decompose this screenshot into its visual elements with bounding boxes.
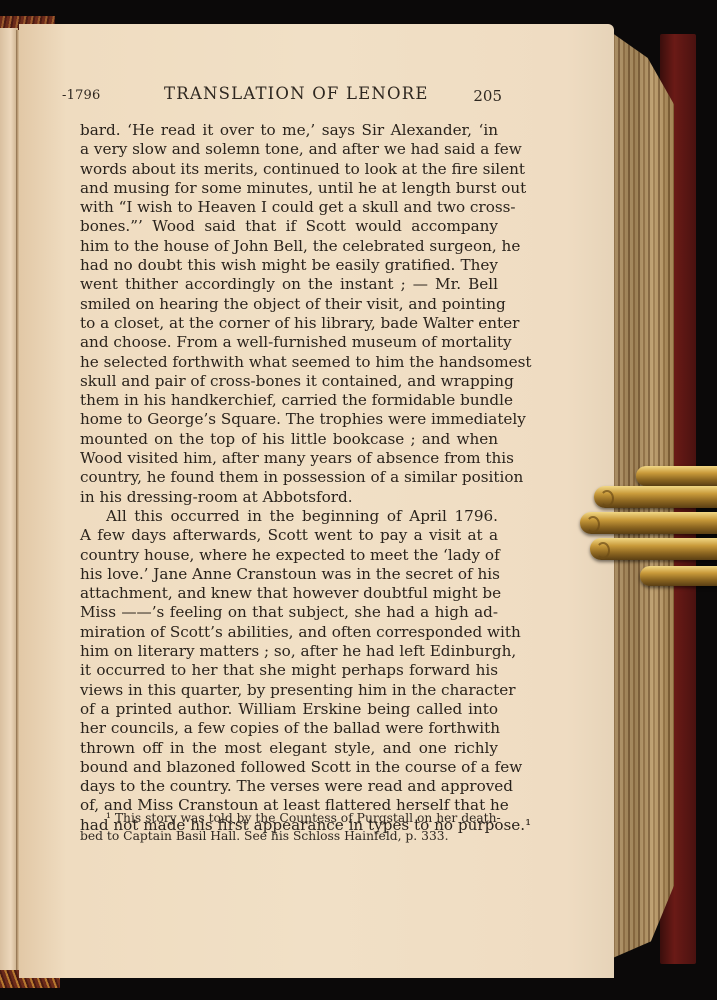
text-line: A few days afterwards, Scott went to pay… bbox=[80, 526, 498, 545]
text-line: Wood visited him, after many years of ab… bbox=[80, 449, 498, 468]
text-line: he selected forthwith what seemed to him… bbox=[80, 353, 498, 372]
text-line: him to the house of John Bell, the celeb… bbox=[80, 237, 498, 256]
text-line: bound and blazoned followed Scott in the… bbox=[80, 758, 498, 777]
text-line: thrown off in the most elegant style, an… bbox=[80, 739, 498, 758]
book-photo: -1796 TRANSLATION OF LENORE 205 bard. ‘H… bbox=[0, 0, 717, 1000]
brass-hand-clip bbox=[576, 462, 717, 598]
running-head-title: TRANSLATION OF LENORE bbox=[164, 84, 429, 103]
text-line: a very slow and solemn tone, and after w… bbox=[80, 140, 498, 159]
text-line: home to George’s Square. The trophies we… bbox=[80, 410, 498, 429]
text-line: bones.”’ Wood said that if Scott would a… bbox=[80, 217, 498, 236]
text-line: had no doubt this wish might be easily g… bbox=[80, 256, 498, 275]
footnote: ¹ This story was told by the Countess of… bbox=[80, 810, 498, 845]
text-line: and choose. From a well-furnished museum… bbox=[80, 333, 498, 352]
text-line: bard. ‘He read it over to me,’ says Sir … bbox=[80, 121, 498, 140]
text-line: them in his handkerchief, carried the fo… bbox=[80, 391, 498, 410]
text-line: him on literary matters ; so, after he h… bbox=[80, 642, 498, 661]
text-line: country house, where he expected to meet… bbox=[80, 546, 498, 565]
text-line: of a printed author. William Erskine bei… bbox=[80, 700, 498, 719]
running-head: -1796 TRANSLATION OF LENORE 205 bbox=[62, 84, 502, 106]
footnote-line: bed to Captain Basil Hall. See his Schlo… bbox=[80, 828, 498, 846]
text-line: to a closet, at the corner of his librar… bbox=[80, 314, 498, 333]
text-line: words about its merits, continued to loo… bbox=[80, 160, 498, 179]
fingernail-icon bbox=[586, 516, 600, 533]
brass-finger bbox=[636, 466, 717, 486]
text-line: days to the country. The verses were rea… bbox=[80, 777, 498, 796]
text-line: it occurred to her that she might perhap… bbox=[80, 661, 498, 680]
brass-finger bbox=[590, 538, 717, 560]
brass-thumb bbox=[640, 566, 717, 586]
text-line: smiled on hearing the object of their vi… bbox=[80, 295, 498, 314]
body-text: bard. ‘He read it over to me,’ says Sir … bbox=[80, 121, 498, 835]
text-line: attachment, and knew that however doubtf… bbox=[80, 584, 498, 603]
text-line: went thither accordingly on the instant … bbox=[80, 275, 498, 294]
text-line: skull and pair of cross-bones it contain… bbox=[80, 372, 498, 391]
fingernail-icon bbox=[600, 490, 614, 507]
text-line: views in this quarter, by presenting him… bbox=[80, 681, 498, 700]
text-line: and musing for some minutes, until he at… bbox=[80, 179, 498, 198]
fingernail-icon bbox=[596, 542, 610, 559]
text-line: his love.’ Jane Anne Cranstoun was in th… bbox=[80, 565, 498, 584]
brass-finger bbox=[580, 512, 717, 534]
text-line: her councils, a few copies of the ballad… bbox=[80, 719, 498, 738]
brass-finger bbox=[594, 486, 717, 508]
text-line: with “I wish to Heaven I could get a sku… bbox=[80, 198, 498, 217]
running-head-date: -1796 bbox=[62, 88, 100, 103]
footnote-line: ¹ This story was told by the Countess of… bbox=[80, 810, 498, 828]
text-line: in his dressing-room at Abbotsford. bbox=[80, 488, 498, 507]
text-line: miration of Scott’s abilities, and often… bbox=[80, 623, 498, 642]
text-line: Miss ——’s feeling on that subject, she h… bbox=[80, 603, 498, 622]
text-line: mounted on the top of his little bookcas… bbox=[80, 430, 498, 449]
page-number: 205 bbox=[473, 87, 502, 105]
text-line-paragraph-start: All this occurred in the beginning of Ap… bbox=[80, 507, 498, 526]
text-line: country, he found them in possession of … bbox=[80, 468, 498, 487]
page-gutter bbox=[16, 30, 20, 970]
